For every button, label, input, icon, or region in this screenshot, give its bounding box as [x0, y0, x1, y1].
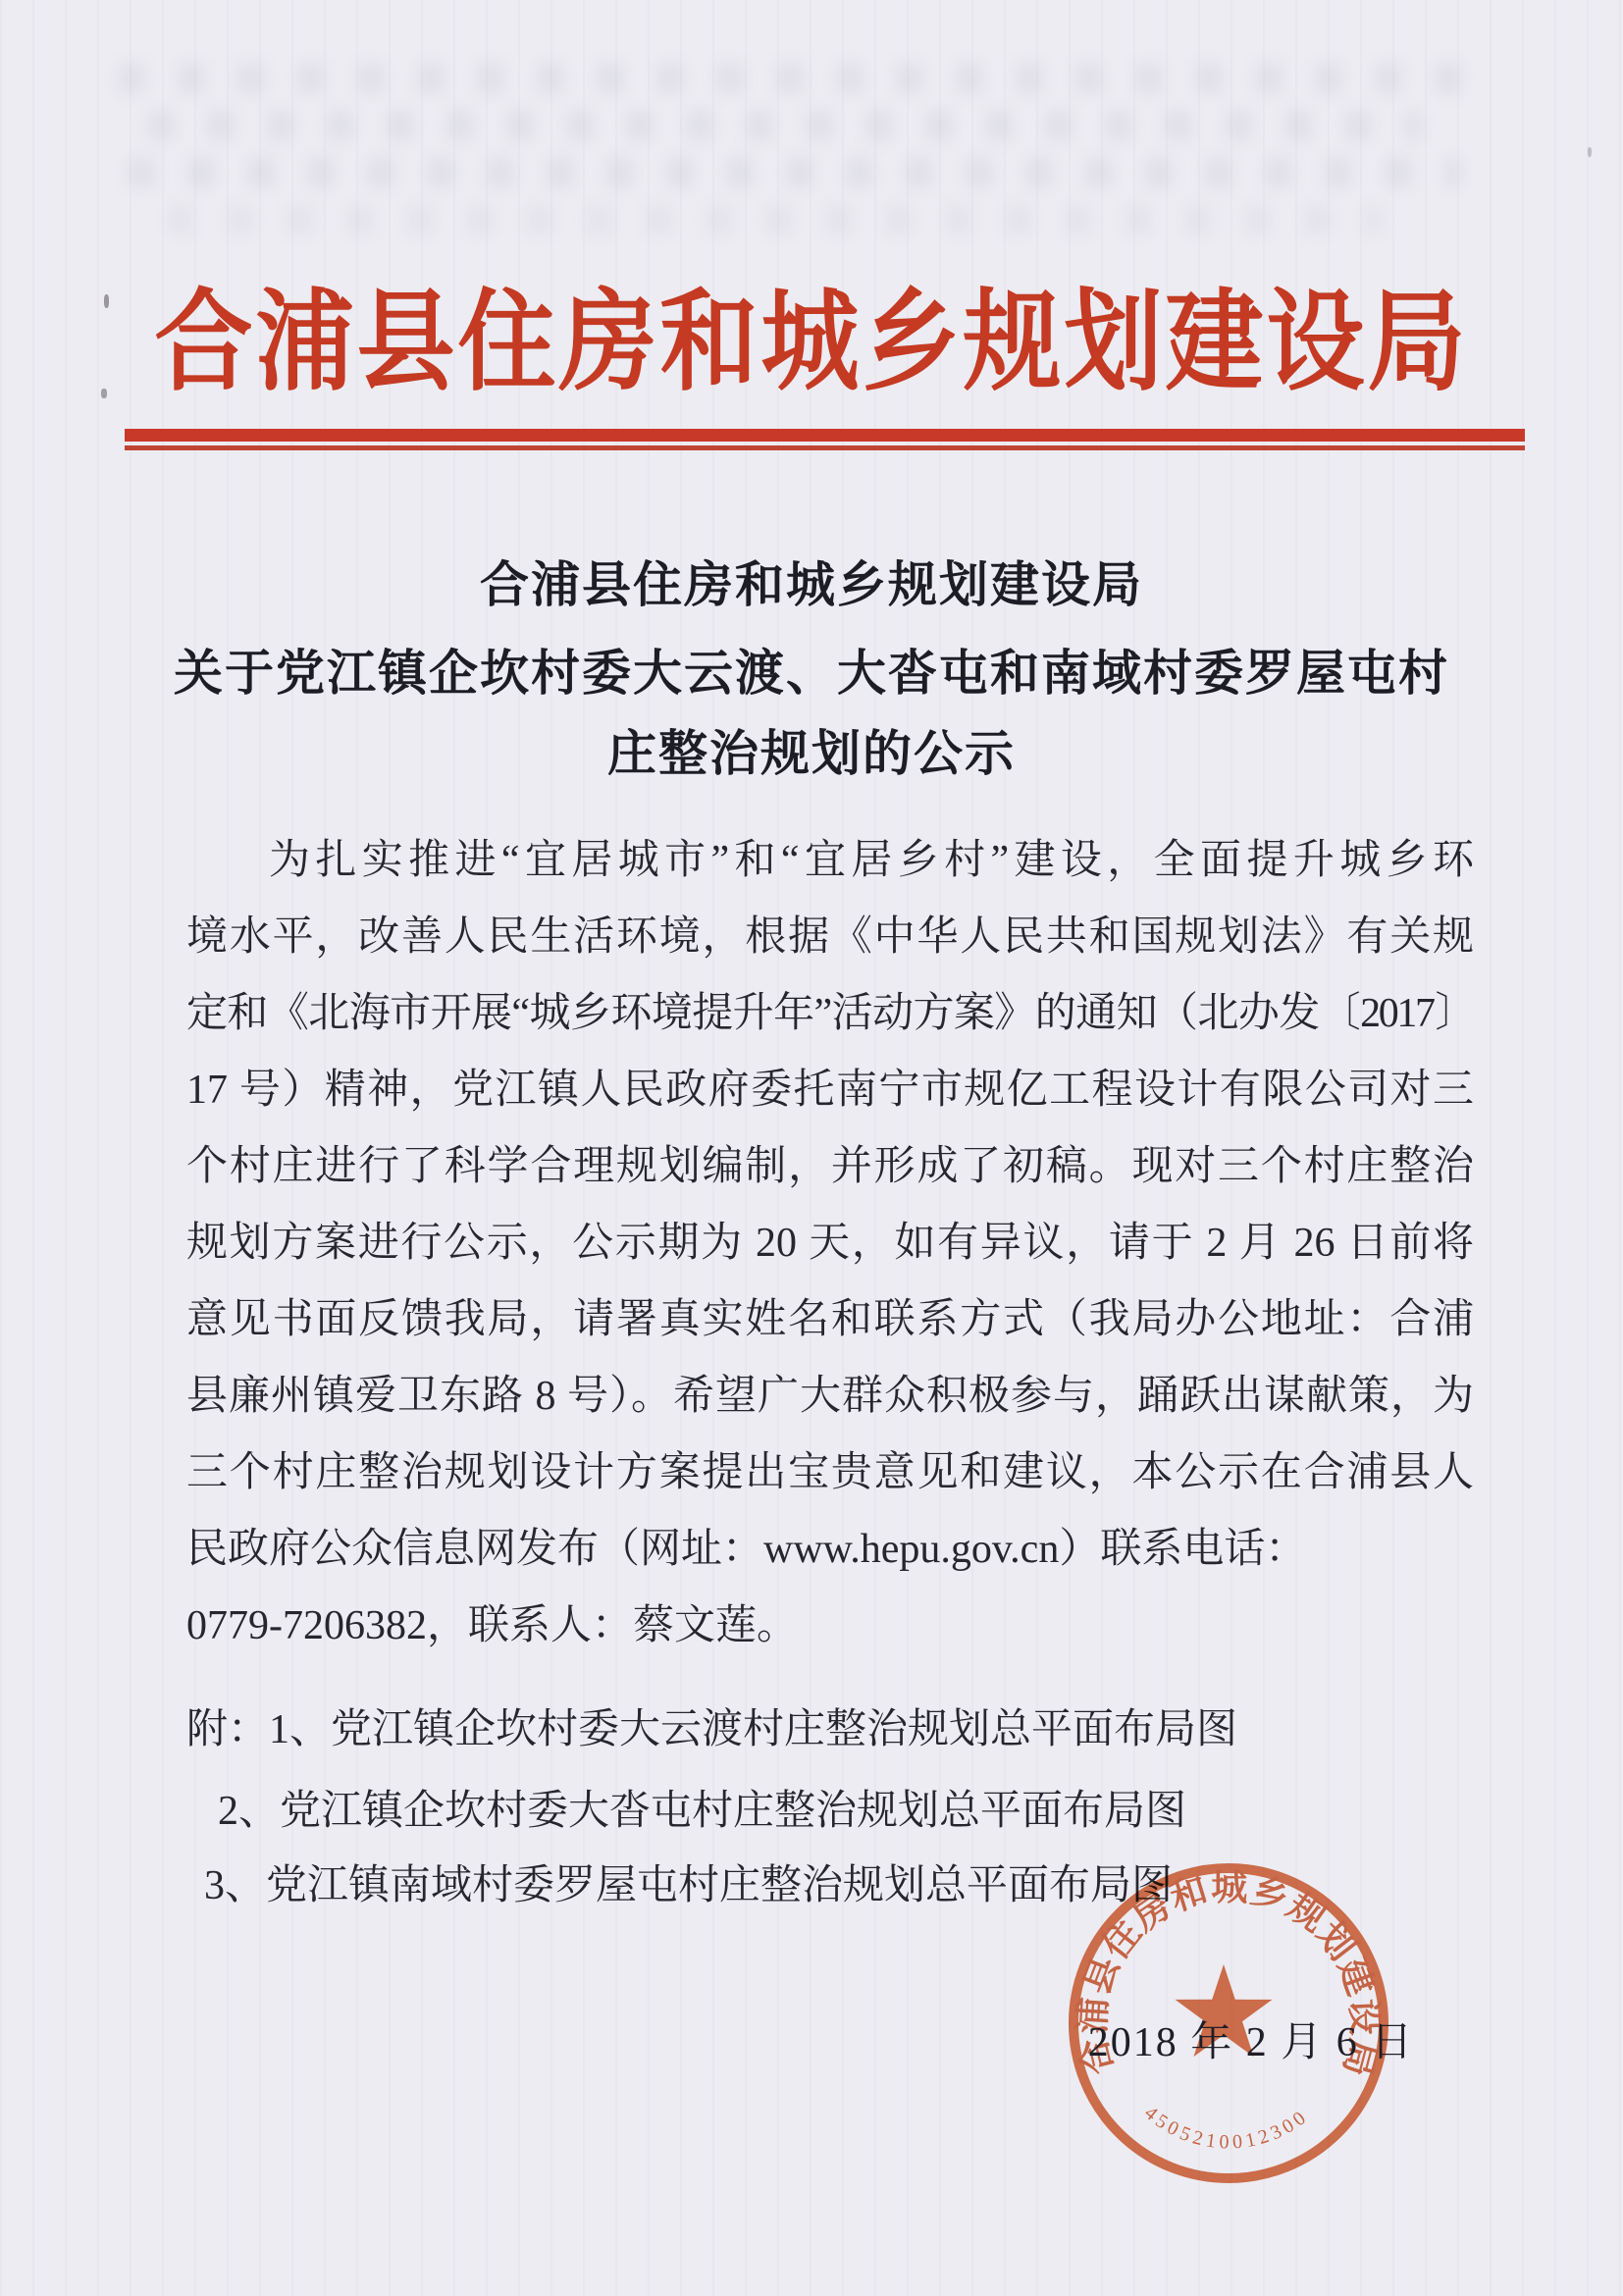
doc-title-line-1: 合浦县住房和城乡规划建设局	[98, 546, 1525, 616]
divider-thick-line	[125, 429, 1525, 442]
body-line: 0779-7206382，联系人：蔡文莲。	[186, 1588, 1474, 1664]
svg-text:4505210012300: 4505210012300	[1140, 2102, 1313, 2153]
scan-ghost-row	[147, 110, 1423, 141]
doc-title-line-3: 庄整治规划的公示	[98, 714, 1525, 785]
scan-ghost-row	[128, 157, 1462, 188]
scan-speck	[1588, 147, 1592, 157]
seal-serial-number: 4505210012300	[1140, 2102, 1313, 2153]
divider-thin-line	[125, 445, 1525, 450]
body-line: 个村庄进行了科学合理规划编制，并形成了初稿。现对三个村庄整治	[186, 1128, 1474, 1205]
scan-ghost-row	[167, 204, 1384, 235]
body-line: 定和《北海市开展“城乡环境提升年”活动方案》的通知（北办发〔2017〕	[186, 975, 1474, 1052]
body-line: 县廉州镇爱卫东路 8 号）。希望广大群众积极参与，踊跃出谋献策，为	[186, 1358, 1474, 1435]
body-line: 境水平，改善人民生活环境，根据《中华人民共和国规划法》有关规	[186, 899, 1474, 975]
scan-ghost-row	[118, 63, 1472, 94]
letterhead-title: 合浦县住房和城乡规划建设局	[0, 253, 1623, 411]
attachment-line-1: 附：1、党江镇企坎村委大云渡村庄整治规划总平面布局图	[186, 1696, 1237, 1755]
body-line: 为扎实推进“宜居城市”和“宜居乡村”建设，全面提升城乡环	[186, 822, 1474, 899]
letterhead-divider	[125, 429, 1525, 450]
body-line: 三个村庄整治规划设计方案提出宝贵意见和建议，本公示在合浦县人	[186, 1435, 1474, 1511]
attachment-line-3: 3、党江镇南域村委罗屋屯村庄整治规划总平面布局图	[204, 1852, 1173, 1911]
body-line: 民政府公众信息网发布（网址：www.hepu.gov.cn）联系电话：	[186, 1511, 1474, 1588]
issue-date: 2018 年 2 月 6 日	[1074, 2009, 1428, 2068]
scanned-official-notice: 合浦县住房和城乡规划建设局 合浦县住房和城乡规划建设局 关于党江镇企坎村委大云渡…	[0, 0, 1623, 2296]
doc-title-line-2: 关于党江镇企坎村委大云渡、大沓屯和南域村委罗屋屯村	[98, 634, 1525, 704]
body-line: 17 号）精神，党江镇人民政府委托南宁市规亿工程设计有限公司对三	[186, 1052, 1474, 1128]
body-paragraph: 为扎实推进“宜居城市”和“宜居乡村”建设，全面提升城乡环 境水平，改善人民生活环…	[186, 822, 1474, 1664]
body-line: 规划方案进行公示，公示期为 20 天，如有异议，请于 2 月 26 日前将	[186, 1205, 1474, 1281]
body-line: 意见书面反馈我局，请署真实姓名和联系方式（我局办公地址：合浦	[186, 1281, 1474, 1358]
attachment-line-2: 2、党江镇企坎村委大沓屯村庄整治规划总平面布局图	[218, 1778, 1186, 1837]
